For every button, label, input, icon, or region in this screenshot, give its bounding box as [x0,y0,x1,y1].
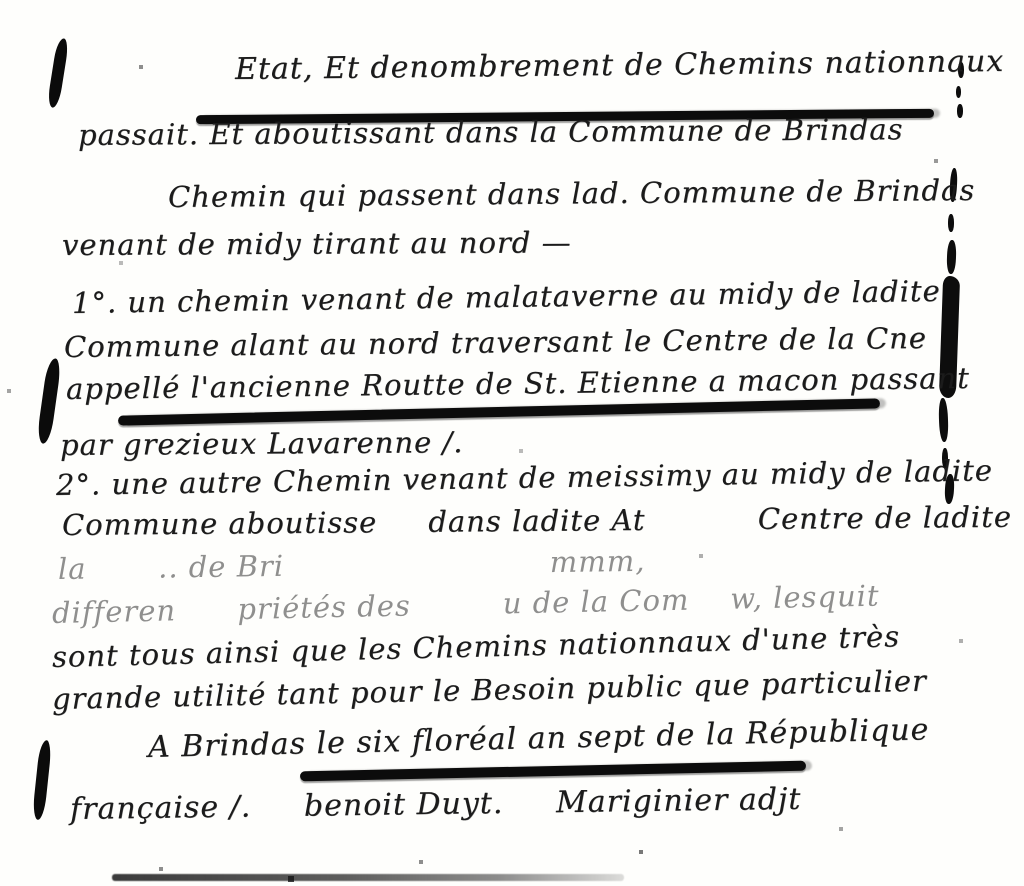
binding-streak [946,240,956,274]
binding-streak [938,398,949,442]
manuscript-line: grande utilité tant pour le Besoin publi… [52,664,928,716]
date-place-line: A Brindas le six floréal an sept de la R… [148,712,930,765]
binding-streak [956,86,961,98]
manuscript-line-faded: la .. de Bri mmm, [58,544,646,586]
manuscript-page: Etat, Et denombrement de Chemins nationn… [0,0,1024,886]
manuscript-line-item-1: 1°. un chemin venant de malataverne au m… [72,274,941,320]
document-title-line: Etat, Et denombrement de Chemins nationn… [235,44,1004,87]
signatures-line: française /. benoit Duyt. Mariginier adj… [70,782,802,827]
manuscript-line: Chemin qui passent dans lad. Commune de … [168,173,975,214]
manuscript-line: par grezieux Lavarenne /. [60,425,464,462]
manuscript-line: Commune alant au nord traversant le Cent… [64,321,927,364]
manuscript-line: Commune aboutisse dans ladite At Centre … [62,500,1012,542]
scan-noise [0,0,2,2]
margin-ink-blot [32,740,52,821]
manuscript-line: passait. Et aboutissant dans la Commune … [78,112,904,152]
binding-streak [957,104,963,118]
date-underline [300,761,806,782]
margin-ink-blot [47,37,70,108]
manuscript-line: venant de midy tirant au nord — [62,225,572,262]
binding-streak [948,214,954,232]
manuscript-line: sont tous ainsi que les Chemins nationna… [52,619,901,674]
scan-smear [112,874,624,881]
margin-ink-blot [36,357,62,444]
